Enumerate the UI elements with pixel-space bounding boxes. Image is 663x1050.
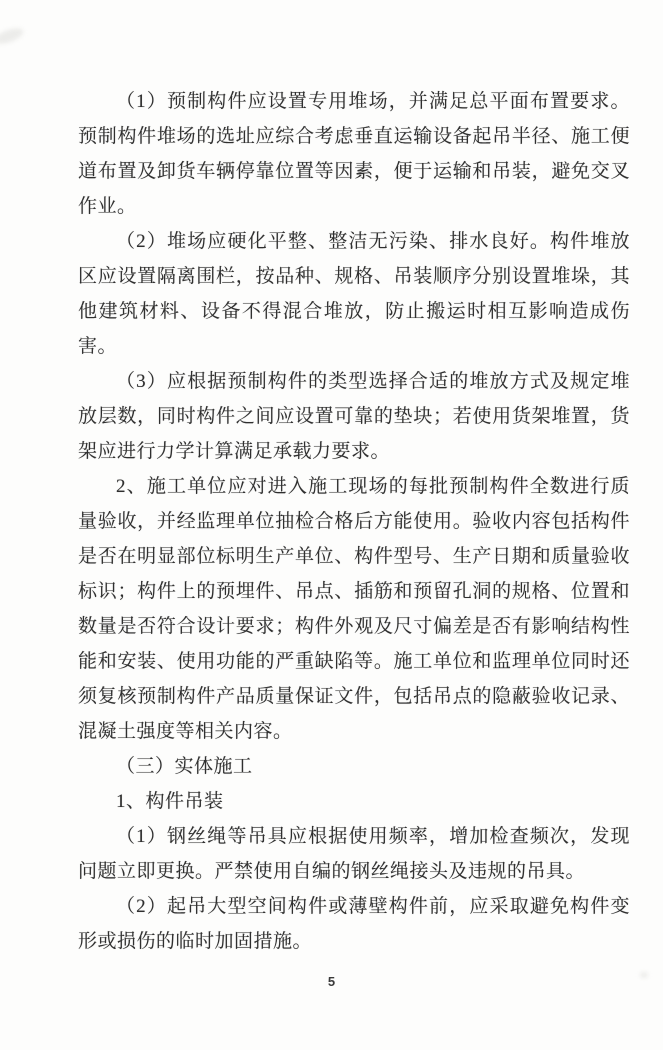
document-body: （1）预制构件应设置专用堆场，并满足总平面布置要求。预制构件堆场的选址应综合考虑… [78,84,630,959]
page-number: 5 [0,974,663,989]
document-page: （1）预制构件应设置专用堆场，并满足总平面布置要求。预制构件堆场的选址应综合考虑… [0,0,663,1050]
paragraph-yard-surface-requirements: （2）堆场应硬化平整、整洁无污染、排水良好。构件堆放区应设置隔离围栏，按品种、规… [78,224,630,364]
paragraph-wire-rope-inspection: （1）钢丝绳等吊具应根据使用频率，增加检查频次，发现问题立即更换。严禁使用自编的… [78,819,630,889]
paragraph-quality-acceptance: 2、施工单位应对进入施工现场的每批预制构件全数进行质量验收，并经监理单位抽检合格… [78,469,630,749]
paragraph-temporary-reinforcement: （2）起吊大型空间构件或薄壁构件前，应采取避免构件变形或损伤的临时加固措施。 [78,889,630,959]
paragraph-stacking-method: （3）应根据预制构件的类型选择合适的堆放方式及规定堆放层数，同时构件之间应设置可… [78,364,630,469]
paragraph-precast-yard-layout: （1）预制构件应设置专用堆场，并满足总平面布置要求。预制构件堆场的选址应综合考虑… [78,84,630,224]
scan-artifact [0,25,25,47]
section-heading-entity-construction: （三）实体施工 [78,749,630,784]
subsection-heading-component-hoisting: 1、构件吊装 [78,784,630,819]
